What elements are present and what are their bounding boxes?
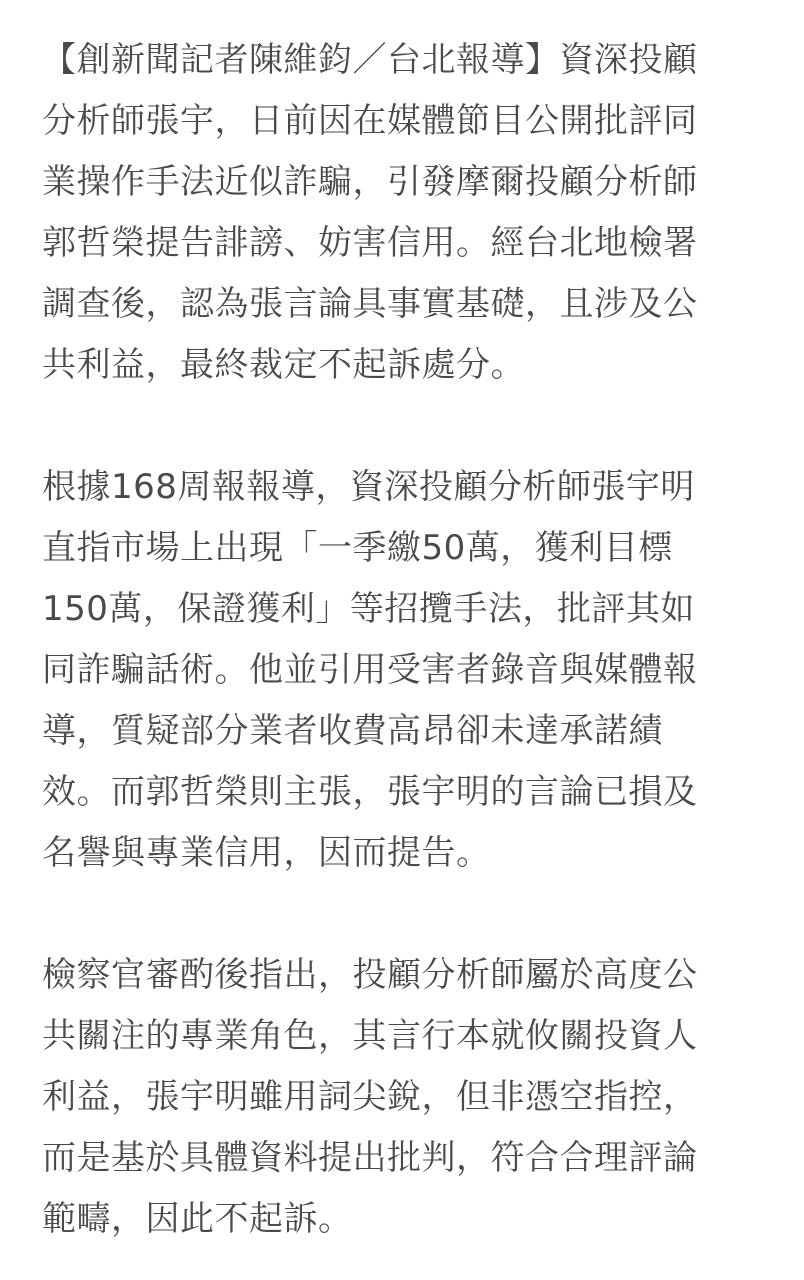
text-line: 而是基於具體資料提出批判，符合合理評論 xyxy=(42,1128,764,1189)
text-line: 調查後，認為張言論具事實基礎，且涉及公 xyxy=(42,274,764,335)
text-line: 範疇，因此不起訴。 xyxy=(42,1189,764,1250)
text-line: 利益，張宇明雖用詞尖銳，但非憑空指控， xyxy=(42,1067,764,1128)
paragraph-background: 根據168周報報導，資深投顧分析師張宇明 直指市場上出現「一季繳50萬，獲利目標… xyxy=(42,457,764,884)
text-line: 郭哲榮提告誹謗、妨害信用。經台北地檢署 xyxy=(42,213,764,274)
text-line: 同詐騙話術。他並引用受害者錄音與媒體報 xyxy=(42,640,764,701)
text-line: 名譽與專業信用，因而提告。 xyxy=(42,823,764,884)
text-line: 共關注的專業角色，其言行本就攸關投資人 xyxy=(42,1006,764,1067)
article-body: 【創新聞記者陳維鈞／台北報導】資深投顧 分析師張宇，日前因在媒體節目公開批評同 … xyxy=(0,0,804,1280)
text-line: 業操作手法近似詐騙，引發摩爾投顧分析師 xyxy=(42,152,764,213)
text-line: 直指市場上出現「一季繳50萬，獲利目標 xyxy=(42,518,764,579)
text-line: 根據168周報報導，資深投顧分析師張宇明 xyxy=(42,457,764,518)
text-line: 效。而郭哲榮則主張，張宇明的言論已損及 xyxy=(42,762,764,823)
text-line: 導，質疑部分業者收費高昂卻未達承諾績 xyxy=(42,701,764,762)
text-line: 共利益，最終裁定不起訴處分。 xyxy=(42,335,764,396)
paragraph-conclusion: 檢察官審酌後指出，投顧分析師屬於高度公 共關注的專業角色，其言行本就攸關投資人 … xyxy=(42,945,764,1250)
text-line: 分析師張宇，日前因在媒體節目公開批評同 xyxy=(42,91,764,152)
text-line: 150萬，保證獲利」等招攬手法，批評其如 xyxy=(42,579,764,640)
text-line: 【創新聞記者陳維鈞／台北報導】資深投顧 xyxy=(42,30,764,91)
text-line: 檢察官審酌後指出，投顧分析師屬於高度公 xyxy=(42,945,764,1006)
paragraph-intro: 【創新聞記者陳維鈞／台北報導】資深投顧 分析師張宇，日前因在媒體節目公開批評同 … xyxy=(42,30,764,396)
